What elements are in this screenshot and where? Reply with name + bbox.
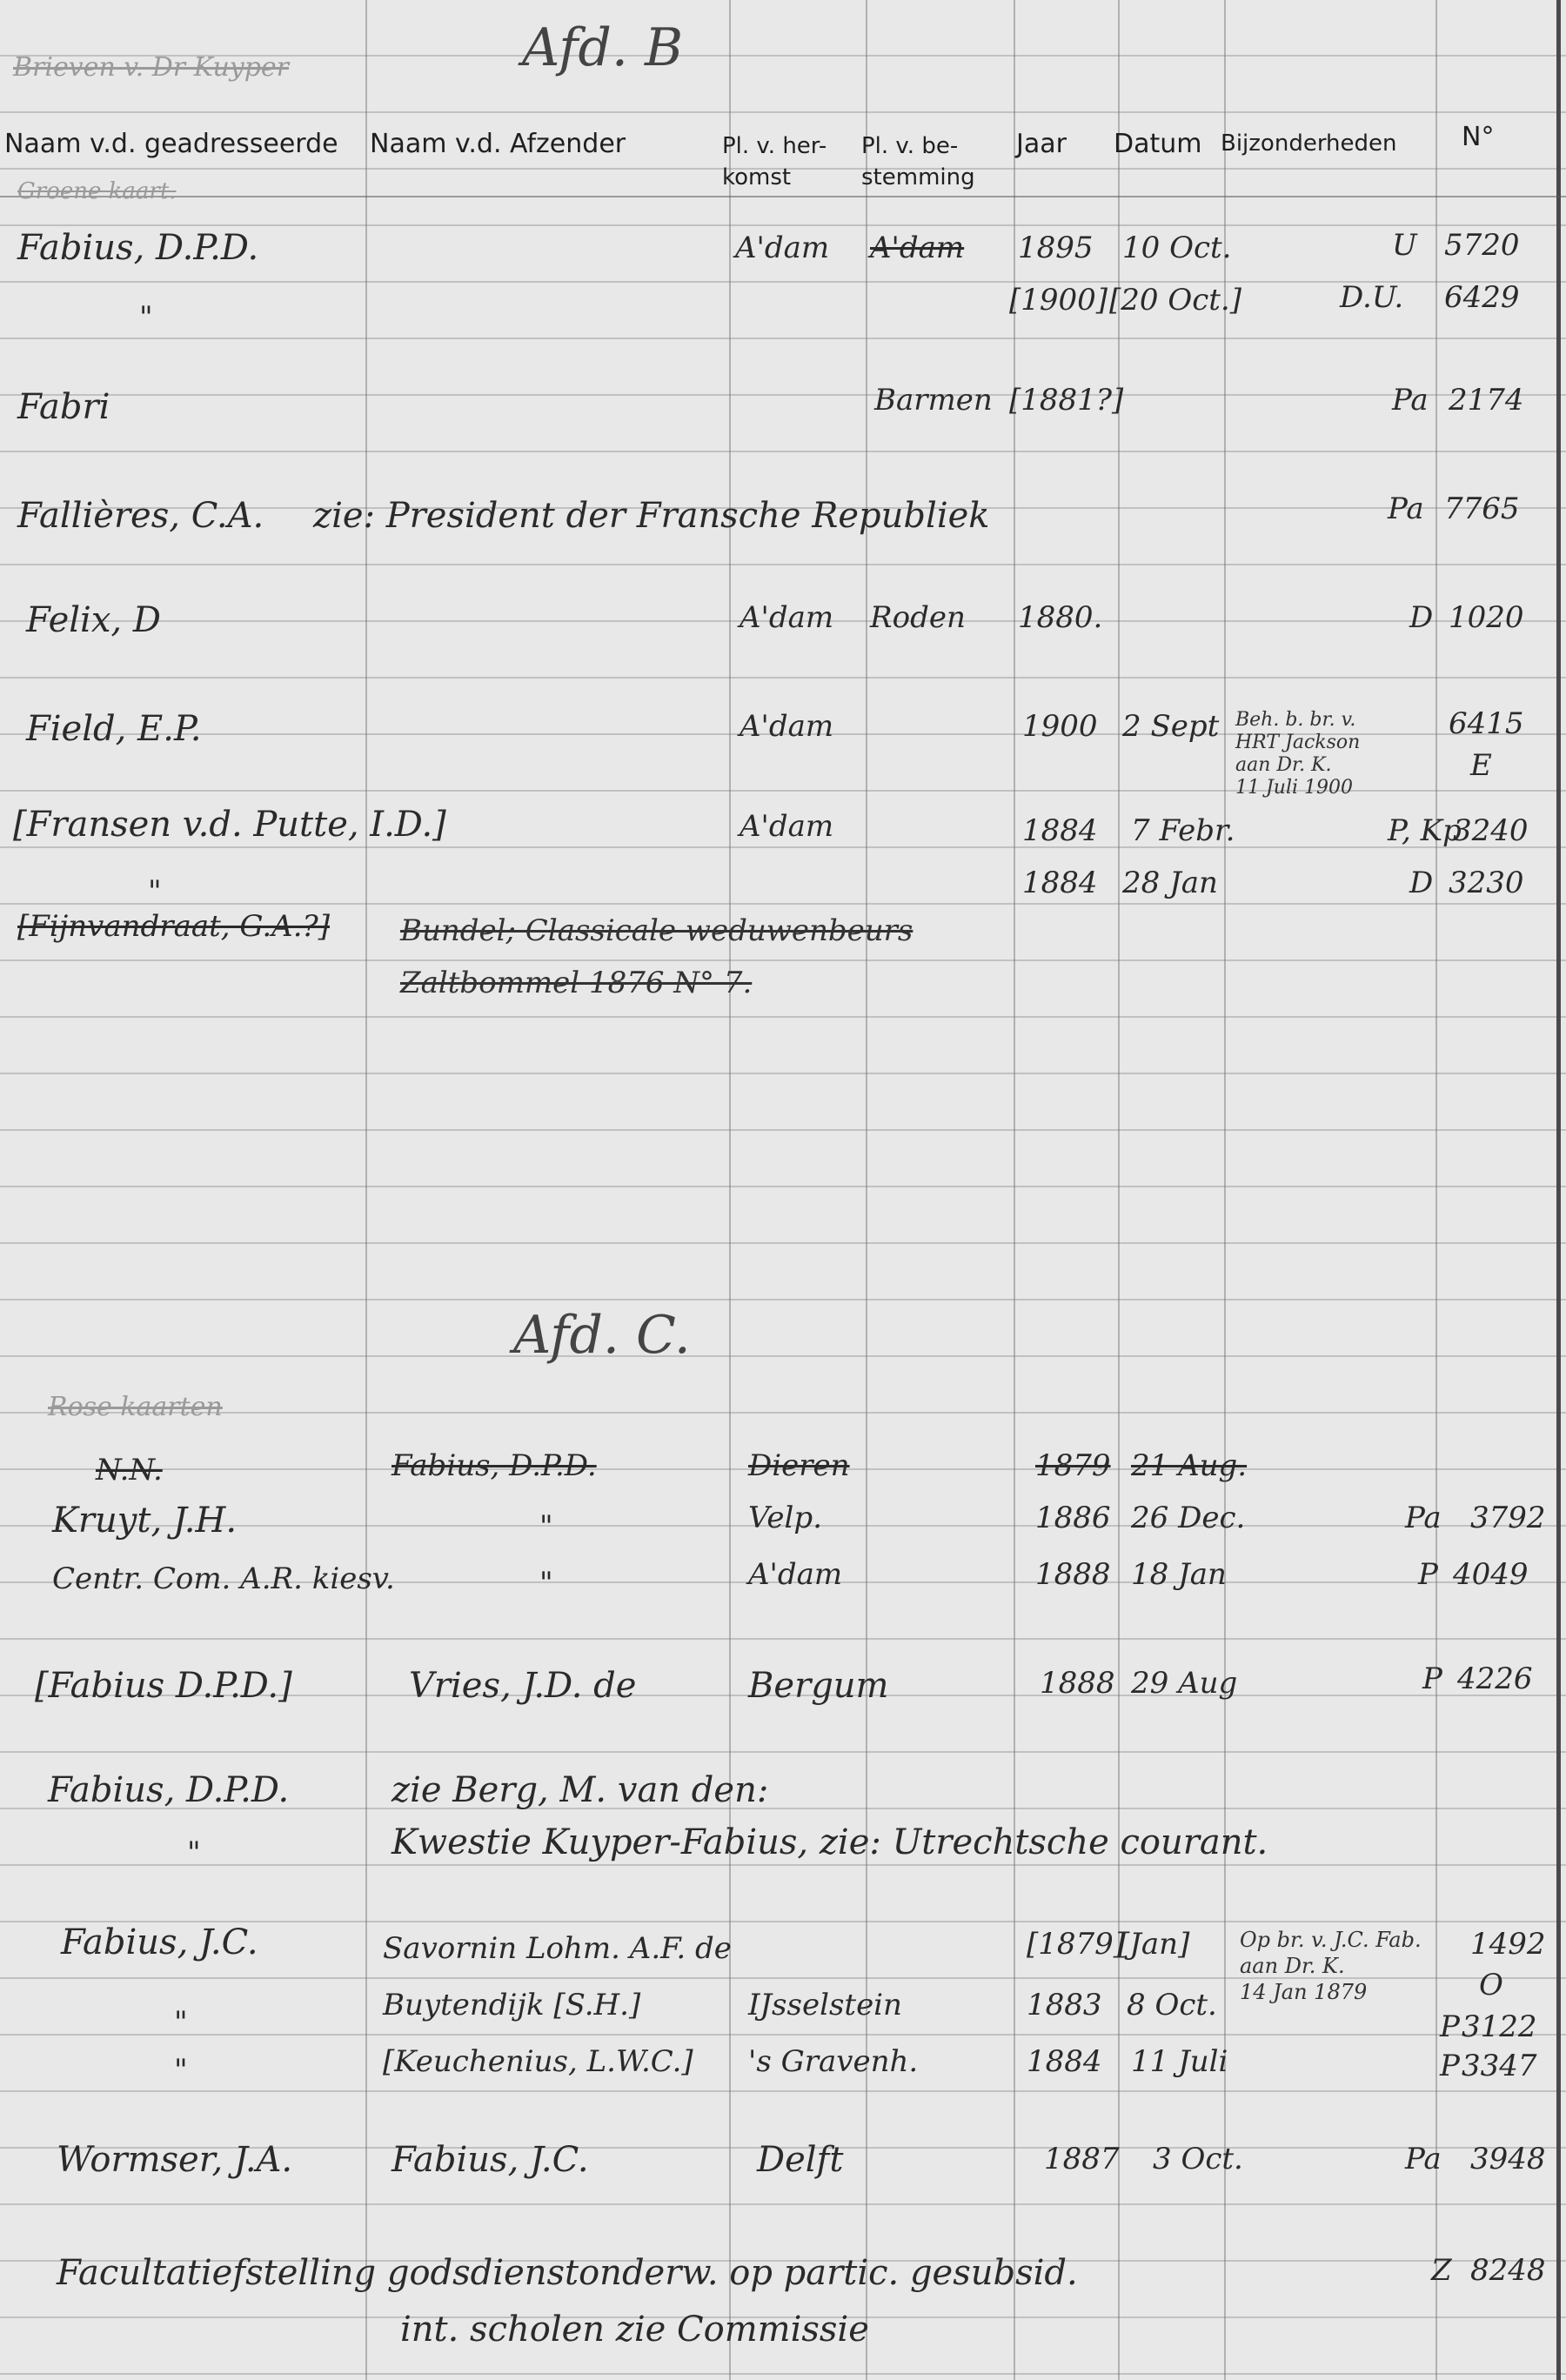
- date: 2 Sept: [1122, 709, 1219, 744]
- cross-reference: zie Berg, M. van den:: [391, 1770, 768, 1810]
- addressee: [Fijnvandraat, G.A.?]: [17, 909, 330, 944]
- pencil-note: Groene kaart.: [17, 178, 177, 204]
- year: 1888: [1040, 1666, 1115, 1701]
- year: 1884: [1027, 2044, 1102, 2079]
- number: 4049: [1453, 1557, 1529, 1592]
- column-rule: [365, 0, 367, 2380]
- sender: Buytendijk [S.H.]: [383, 1988, 640, 2022]
- column-rule: [729, 0, 731, 2380]
- addressee: Fabri: [17, 387, 110, 427]
- code: Pa: [1405, 1501, 1442, 1535]
- date: 29 Aug: [1131, 1666, 1237, 1701]
- addressee: [Fransen v.d. Putte, I.D.]: [13, 805, 446, 845]
- addressee: Fabius, D.P.D.: [17, 228, 258, 268]
- year: [1881?]: [1009, 383, 1123, 418]
- header-destination: Pl. v. be- stemming: [861, 130, 1009, 193]
- year: 1895: [1018, 231, 1094, 265]
- number: 3230: [1449, 866, 1524, 900]
- cross-reference: Bundel; Classicale weduwenbeurs Zaltbomm…: [400, 905, 913, 1009]
- code: Pa: [1392, 383, 1429, 418]
- origin: A'dam: [739, 709, 833, 744]
- code: U: [1392, 228, 1417, 263]
- addressee: Kruyt, J.H.: [52, 1501, 237, 1541]
- origin: Dieren: [748, 1448, 850, 1483]
- date: 28 Jan: [1122, 866, 1218, 900]
- pencil-note: Brieven v. Dr Kuyper: [13, 52, 289, 83]
- origin: Delft: [757, 2140, 843, 2180]
- header-date: Datum: [1114, 129, 1201, 159]
- number: 7765: [1444, 491, 1520, 526]
- date: 18 Jan: [1131, 1557, 1227, 1592]
- code: P: [1440, 2049, 1460, 2083]
- code: E: [1470, 748, 1492, 783]
- sender: Fabius, J.C.: [391, 2140, 589, 2180]
- code: D: [1409, 600, 1433, 635]
- year: 1880.: [1018, 600, 1102, 635]
- number: 2174: [1449, 383, 1524, 418]
- header-year: Jaar: [1016, 129, 1067, 159]
- addressee: Facultatiefstelling godsdienstonderw. op…: [57, 2253, 1078, 2293]
- number: 3347: [1462, 2049, 1537, 2083]
- addressee: Fabius, J.C.: [61, 1922, 258, 1962]
- pencil-note: Rose kaarten: [48, 1392, 223, 1422]
- number: 3240: [1453, 813, 1529, 848]
- section-title-afd-c: Afd. C.: [513, 1305, 691, 1366]
- origin: IJsselstein: [748, 1988, 902, 2022]
- addressee: Fabius, D.P.D.: [48, 1770, 289, 1810]
- addressee: ": [174, 2053, 188, 2088]
- destination: A'dam: [870, 231, 964, 265]
- date: 21 Aug.: [1131, 1448, 1247, 1483]
- addressee: Field, E.P.: [26, 709, 201, 749]
- date: 10 Oct.: [1122, 231, 1231, 265]
- code: Pa: [1405, 2142, 1442, 2176]
- year: [1879]: [1027, 1927, 1125, 1962]
- page-edge: [1556, 0, 1561, 2380]
- header-sender: Naam v.d. Afzender: [370, 129, 626, 159]
- details-note: Op br. v. J.C. Fab. aan Dr. K. 14 Jan 18…: [1240, 1927, 1422, 2005]
- origin: A'dam: [739, 600, 833, 635]
- origin: 's Gravenh.: [748, 2044, 918, 2079]
- addressee: ": [187, 1835, 201, 1870]
- number: 1492: [1470, 1927, 1546, 1962]
- code: Z: [1431, 2253, 1452, 2288]
- date: [20 Oct.]: [1109, 283, 1241, 318]
- addressee: ": [148, 874, 162, 909]
- column-rule: [1014, 0, 1015, 2380]
- sender: Fabius, D.P.D.: [391, 1448, 597, 1483]
- column-rule: [1435, 0, 1437, 2380]
- addressee: ": [174, 2005, 188, 2040]
- year: 1888: [1035, 1557, 1111, 1592]
- date: 26 Dec.: [1131, 1501, 1245, 1535]
- column-rule: [1224, 0, 1226, 2380]
- origin: A'dam: [735, 231, 829, 265]
- cross-reference: zie: President der Fransche Republiek: [313, 496, 990, 536]
- sender: ": [539, 1566, 553, 1601]
- header-addressee: Naam v.d. geadresseerde: [4, 129, 338, 159]
- date: [Jan]: [1118, 1927, 1189, 1962]
- date: 3 Oct.: [1153, 2142, 1243, 2176]
- code: P, Kp: [1388, 813, 1462, 848]
- number: 6429: [1444, 280, 1520, 315]
- addressee: Felix, D: [26, 600, 161, 640]
- code: P: [1422, 1661, 1442, 1696]
- year: [1900]: [1009, 283, 1108, 318]
- origin: Bergum: [748, 1666, 888, 1706]
- year: 1900: [1022, 709, 1098, 744]
- year: 1886: [1035, 1501, 1111, 1535]
- addressee: Fallières, C.A.: [17, 496, 264, 536]
- section-title-afd-b: Afd. B: [522, 17, 683, 78]
- code: Pa: [1388, 491, 1424, 526]
- number: 3122: [1462, 2009, 1537, 2044]
- number: 3792: [1470, 1501, 1546, 1535]
- code: P: [1418, 1557, 1438, 1592]
- number: 3948: [1470, 2142, 1546, 2176]
- destination: Roden: [870, 600, 966, 635]
- cross-reference: Kwestie Kuyper-Fabius, zie: Utrechtsche …: [391, 1822, 1268, 1862]
- date: 8 Oct.: [1127, 1988, 1217, 2022]
- origin: A'dam: [748, 1557, 842, 1592]
- header-number: N°: [1462, 122, 1494, 152]
- origin: Velp.: [748, 1501, 822, 1535]
- details-note: Beh. b. br. v. HRT Jackson aan Dr. K. 11…: [1235, 709, 1360, 799]
- ledger-page: Brieven v. Dr Kuyper Afd. B Naam v.d. ge…: [0, 0, 1566, 2380]
- code: D: [1409, 866, 1433, 900]
- header-origin: Pl. v. her- komst: [722, 130, 861, 193]
- number: 6415: [1449, 706, 1524, 741]
- code: P: [1440, 2009, 1460, 2044]
- column-rule: [1118, 0, 1120, 2380]
- column-rule: [866, 0, 867, 2380]
- code: O: [1479, 1968, 1503, 2002]
- addressee: Centr. Com. A.R. kiesv.: [52, 1561, 395, 1596]
- number: 4226: [1457, 1661, 1533, 1696]
- addressee: N.N.: [96, 1453, 163, 1487]
- sender: [Keuchenius, L.W.C.]: [383, 2044, 693, 2079]
- header-details: Bijzonderheden: [1221, 130, 1397, 157]
- origin: A'dam: [739, 809, 833, 844]
- addressee: [Fabius D.P.D.]: [35, 1666, 292, 1706]
- sender: ": [539, 1509, 553, 1544]
- date: 11 Juli: [1131, 2044, 1228, 2079]
- year: 1884: [1022, 813, 1098, 848]
- sender: Vries, J.D. de: [409, 1666, 636, 1706]
- code: D.U.: [1340, 280, 1403, 315]
- number: 5720: [1444, 228, 1520, 263]
- number: 1020: [1449, 600, 1524, 635]
- year: 1887: [1044, 2142, 1120, 2176]
- header-rule: [0, 196, 1566, 197]
- addressee: Wormser, J.A.: [57, 2140, 292, 2180]
- year: 1879: [1035, 1448, 1111, 1483]
- addressee: ": [139, 300, 153, 335]
- year: 1884: [1022, 866, 1098, 900]
- date: 7 Febr.: [1131, 813, 1235, 848]
- number: 8248: [1470, 2253, 1546, 2288]
- destination: Barmen: [874, 383, 993, 418]
- sender: Savornin Lohm. A.F. de: [383, 1931, 732, 1966]
- year: 1883: [1027, 1988, 1102, 2022]
- cross-reference: int. scholen zie Commissie: [400, 2310, 869, 2350]
